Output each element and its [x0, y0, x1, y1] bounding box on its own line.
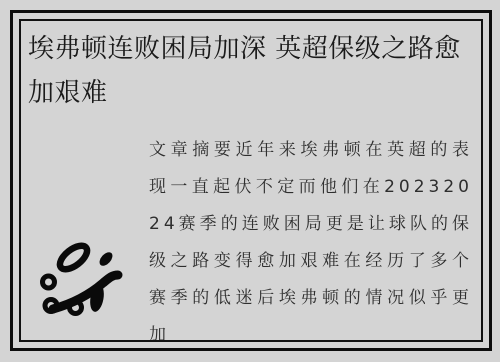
outer-frame: 埃弗顿连败困局加深 英超保级之路愈加艰难 文章摘要近年来埃弗顿在英超的表现一直起	[10, 10, 492, 351]
article-title: 埃弗顿连败困局加深 英超保级之路愈加艰难	[28, 27, 471, 115]
inner-frame: 埃弗顿连败困局加深 英超保级之路愈加艰难 文章摘要近年来埃弗顿在英超的表现一直起	[19, 19, 483, 342]
article-page: 埃弗顿连败困局加深 英超保级之路愈加艰难 文章摘要近年来埃弗顿在英超的表现一直起	[0, 0, 500, 362]
article-summary: 文章摘要近年来埃弗顿在英超的表现一直起伏不定而他们在20232024赛季的连败困…	[149, 132, 473, 340]
article-content: 埃弗顿连败困局加深 英超保级之路愈加艰难 文章摘要近年来埃弗顿在英超的表现一直起	[21, 21, 481, 340]
branch-berries-logo-icon	[37, 237, 123, 323]
